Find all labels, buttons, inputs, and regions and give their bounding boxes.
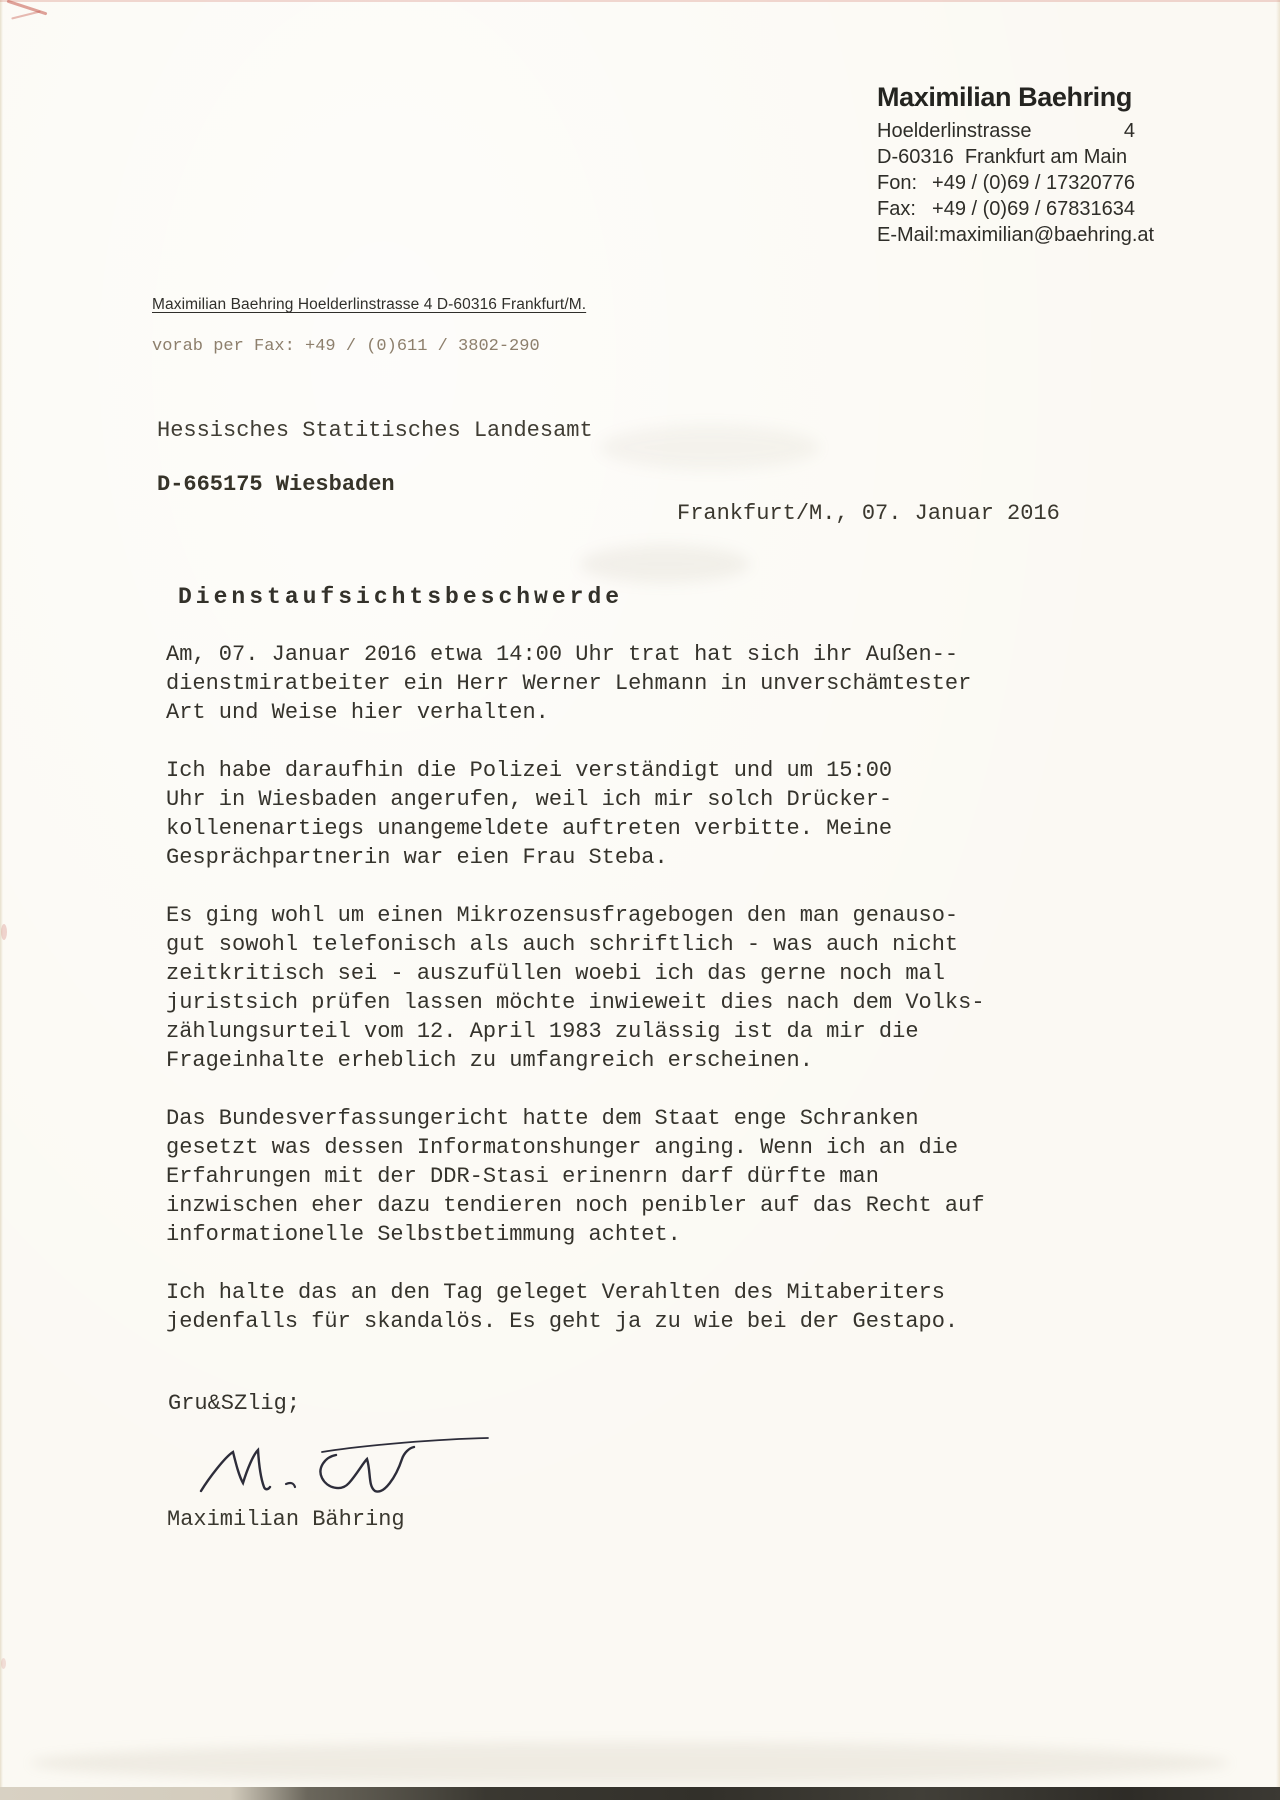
signature-name: Maximilian Bähring xyxy=(167,1507,405,1532)
letterhead-city-row: D-60316 Frankfurt am Main xyxy=(877,144,1135,170)
scan-edge-right xyxy=(1276,0,1280,1800)
body-paragraph: Ich habe daraufhin die Polizei verständi… xyxy=(166,756,1066,872)
scan-edge-left xyxy=(0,0,3,1800)
letterhead: Maximilian Baehring Hoelderlinstrasse 4 … xyxy=(877,80,1135,248)
scan-smudge xyxy=(580,545,750,583)
closing-greeting: Gru&SZlig; xyxy=(168,1391,300,1416)
scan-red-line-top xyxy=(0,0,1280,2)
scan-bottom-shadow-bar xyxy=(0,1787,1280,1800)
letterhead-street-row: Hoelderlinstrasse 4 xyxy=(877,118,1135,144)
scan-red-scribble xyxy=(11,10,41,19)
place-date-line: Frankfurt/M., 07. Januar 2016 xyxy=(677,501,1060,526)
letterhead-street: Hoelderlinstrasse xyxy=(877,118,1032,144)
scan-smudge xyxy=(600,425,820,470)
letterhead-name: Maximilian Baehring xyxy=(877,80,1135,114)
return-address-line: Maximilian Baehring Hoelderlinstrasse 4 … xyxy=(152,296,586,314)
letterhead-email-value: maximilian@baehring.at xyxy=(939,222,1154,248)
letterhead-email-label: E-Mail: xyxy=(877,222,939,248)
body-paragraph: Es ging wohl um einen Mikrozensusfragebo… xyxy=(166,901,1066,1075)
body-paragraph: Das Bundesverfassungericht hatte dem Sta… xyxy=(166,1104,1066,1249)
recipient-name: Hessisches Statitisches Landesamt xyxy=(157,418,593,443)
body-paragraph: Ich halte das an den Tag geleget Verahlt… xyxy=(166,1278,1066,1336)
letterhead-city: D-60316 Frankfurt am Main xyxy=(877,144,1127,170)
scan-smudge xyxy=(30,1742,1230,1784)
handwritten-signature-scribble xyxy=(185,1426,505,1511)
subject-line: Dienstaufsichtsbeschwerde xyxy=(178,584,623,610)
letterhead-fon-value: +49 / (0)69 / 17320776 xyxy=(932,170,1135,196)
recipient-city: D-665175 Wiesbaden xyxy=(157,472,395,497)
letterhead-fon-row: Fon: +49 / (0)69 / 17320776 xyxy=(877,170,1135,196)
scanned-letter-page: Maximilian Baehring Hoelderlinstrasse 4 … xyxy=(0,0,1280,1800)
letterhead-email-row: E-Mail: maximilian@baehring.at xyxy=(877,222,1135,248)
letterhead-fax-label: Fax: xyxy=(877,196,916,222)
scan-red-mark xyxy=(1,1658,6,1669)
letterhead-fax-value: +49 / (0)69 / 67831634 xyxy=(932,196,1135,222)
letter-body: Am, 07. Januar 2016 etwa 14:00 Uhr trat … xyxy=(166,640,1066,1365)
scan-red-mark xyxy=(1,924,7,940)
body-paragraph: Am, 07. Januar 2016 etwa 14:00 Uhr trat … xyxy=(166,640,1066,727)
letterhead-street-number: 4 xyxy=(1124,118,1135,144)
letterhead-fax-row: Fax: +49 / (0)69 / 67831634 xyxy=(877,196,1135,222)
fax-forward-note: vorab per Fax: +49 / (0)611 / 3802-290 xyxy=(152,337,540,356)
letterhead-fon-label: Fon: xyxy=(877,170,917,196)
